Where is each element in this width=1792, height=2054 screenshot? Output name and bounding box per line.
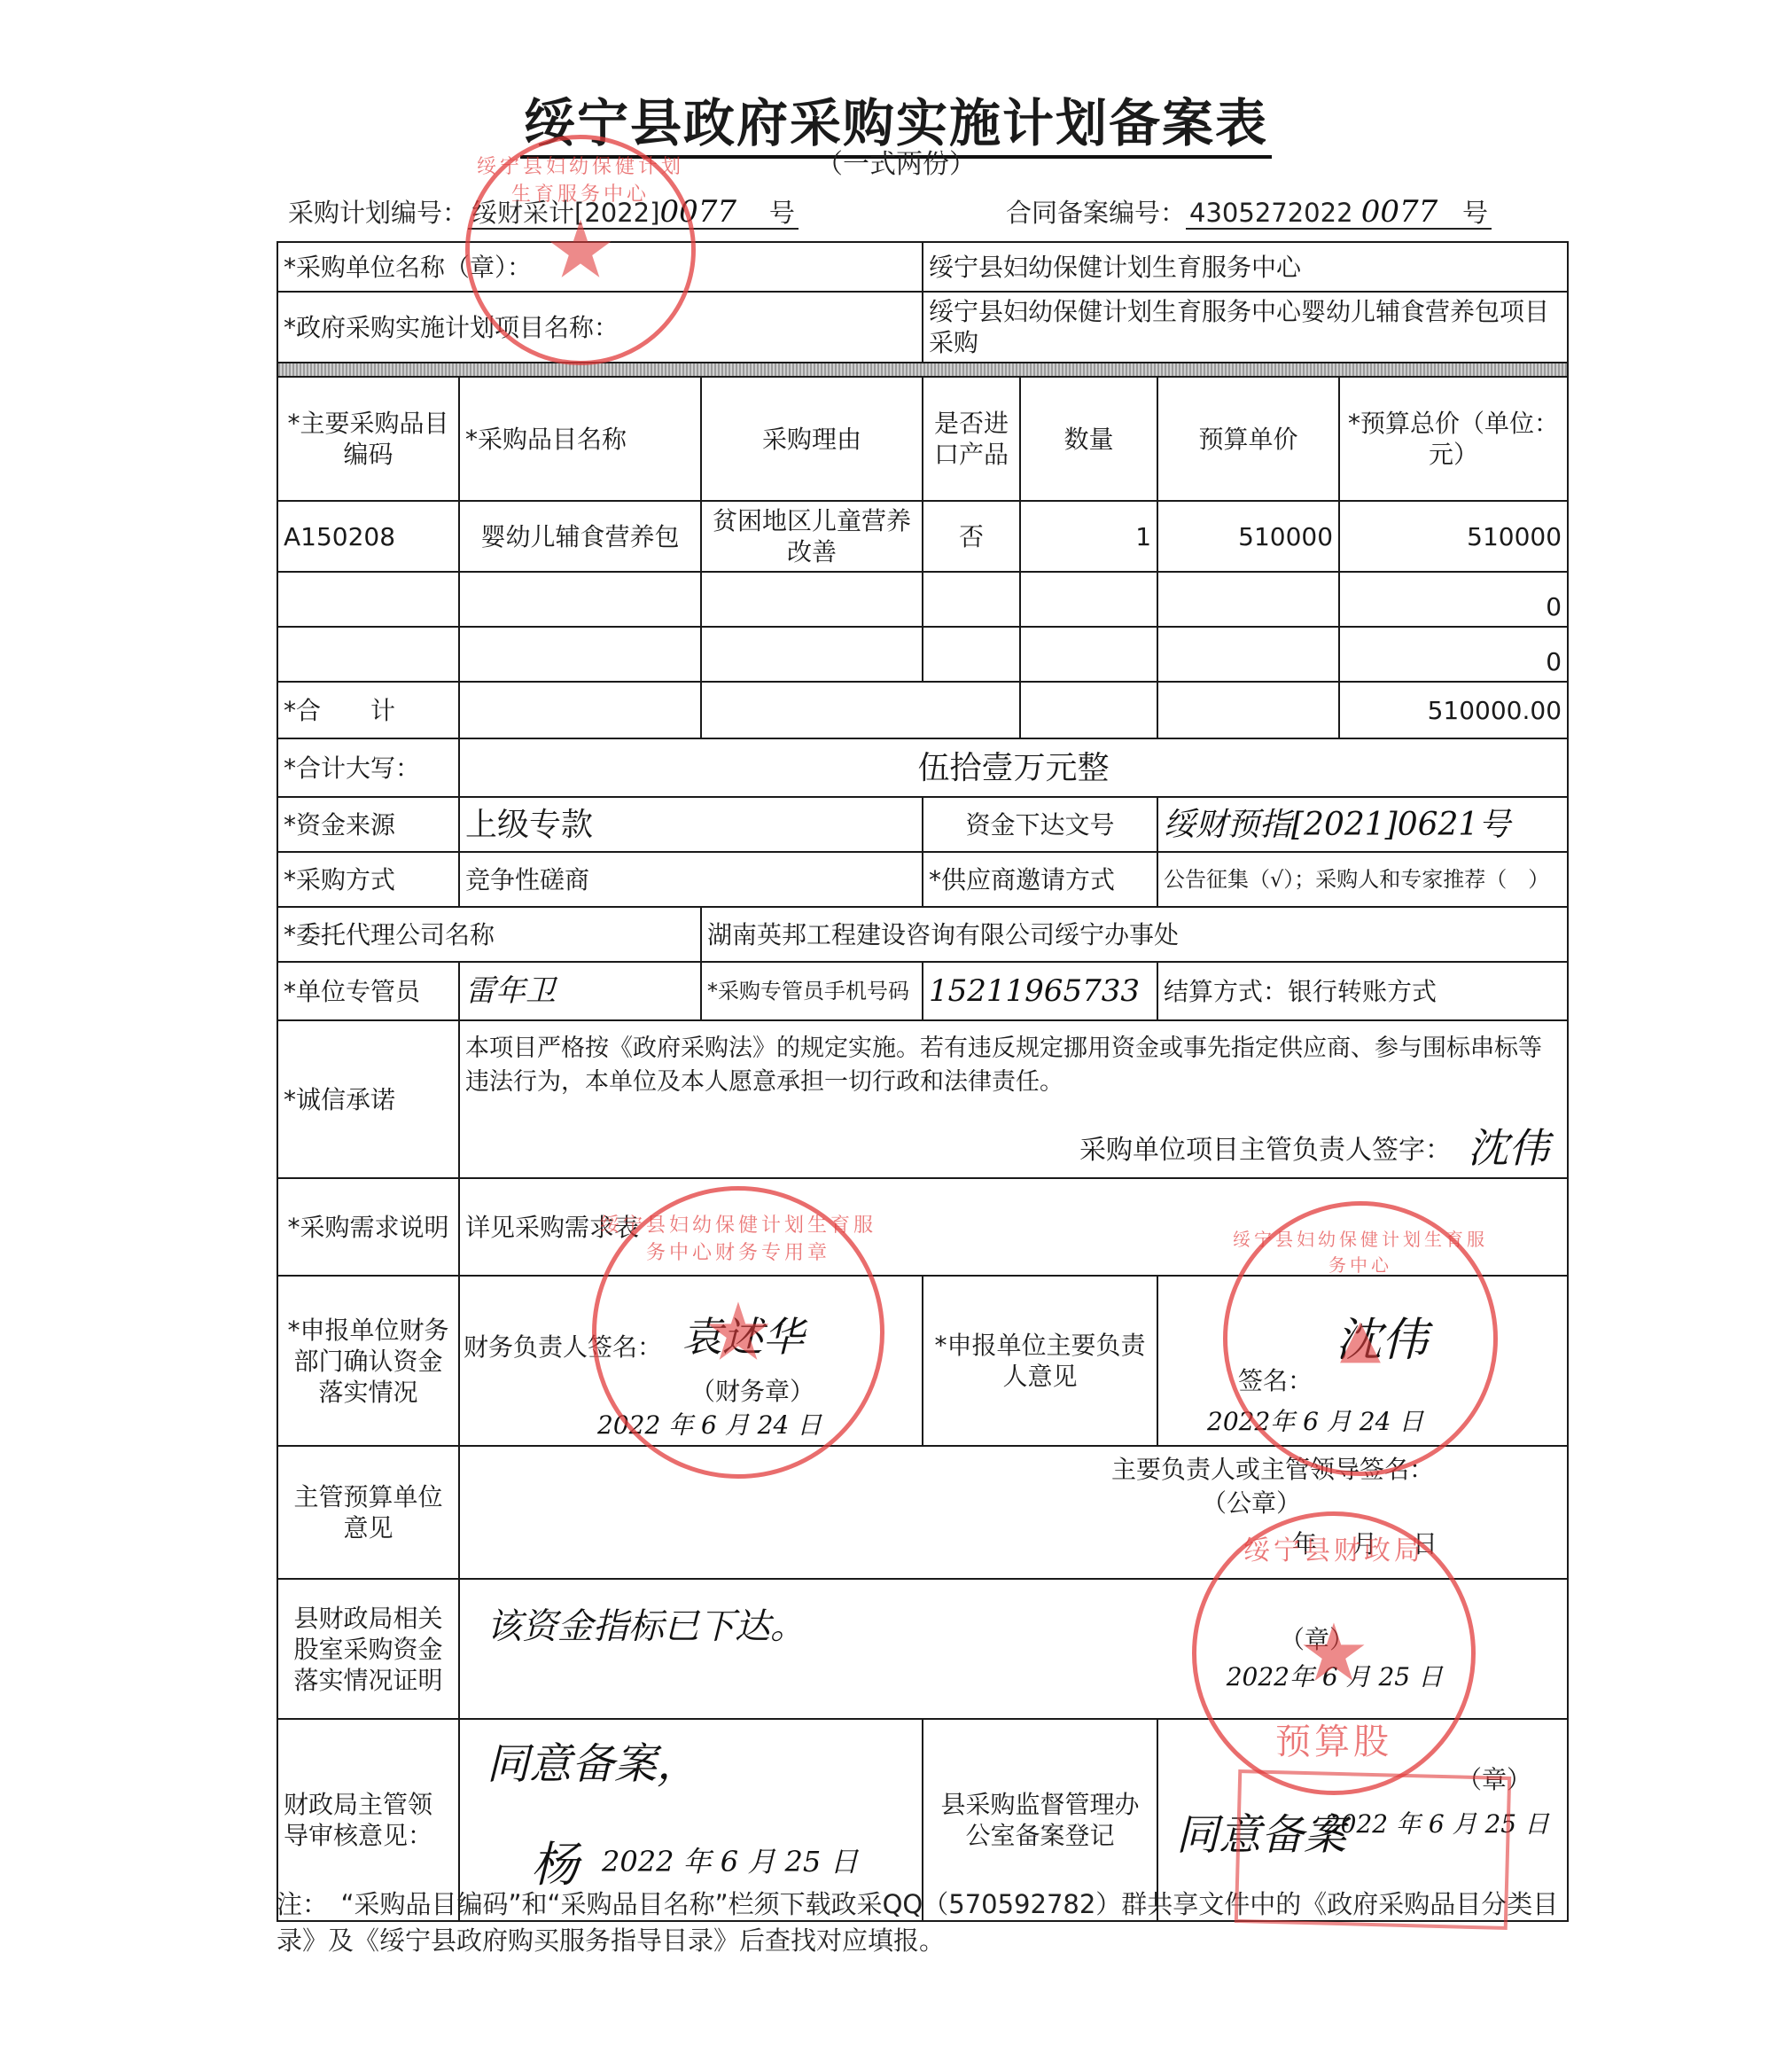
footnote: 注： “采购品目编码”和“采购品目名称”栏须下载政采QQ（570592782）群… xyxy=(277,1886,1579,1959)
total-label: *合 计 xyxy=(277,682,459,738)
total-empty-2 xyxy=(701,682,1020,738)
finance-date: 2022 年 6 月 24 日 xyxy=(597,1410,822,1441)
agency-row: *委托代理公司名称 湖南英邦工程建设咨询有限公司绥宁办事处 xyxy=(277,907,1568,962)
cell-code xyxy=(277,572,459,627)
finance-confirm-label: *申报单位财务部门确认资金落实情况 xyxy=(277,1276,459,1446)
total-value: 510000.00 xyxy=(1339,682,1568,738)
total-empty-4 xyxy=(1157,682,1339,738)
items-header-row: *主要采购品目编码 *采购品目名称 采购理由 是否进口产品 数量 预算单价 *预… xyxy=(277,377,1568,501)
contract-number-suffix: 号 xyxy=(1462,198,1488,228)
officer-signature: 雷年卫 xyxy=(459,962,701,1020)
separator xyxy=(277,363,1568,377)
head-date: 2022年 6 月 24 日 xyxy=(1207,1406,1423,1437)
requirement-label: *采购需求说明 xyxy=(277,1178,459,1276)
table-row: 0 xyxy=(277,627,1568,682)
project-name-label: *政府采购实施计划项目名称： xyxy=(277,292,923,363)
plan-number: 采购计划编号：绥财采计[2022]0077 号 xyxy=(288,193,799,230)
plan-number-value: 绥财采计[2022]0077 号 xyxy=(468,198,799,230)
project-name-value: 绥宁县妇幼保健计划生育服务中心婴幼儿辅食营养包项目采购 xyxy=(923,292,1568,363)
cell-unit-price: 510000 xyxy=(1157,501,1339,572)
requirement-row: *采购需求说明 详见采购需求表 xyxy=(277,1178,1568,1276)
phone-label: *采购专管员手机号码 xyxy=(701,962,923,1020)
commitment-cell: 本项目严格按《政府采购法》的规定实施。若有违反规定挪用资金或事先指定供应商、参与… xyxy=(459,1020,1568,1178)
finance-confirm-cell: 财务负责人签名： 袁述华 （财务章） 2022 年 6 月 24 日 xyxy=(459,1276,923,1446)
header-item-name: *采购品目名称 xyxy=(459,377,701,501)
contract-number: 合同备案编号：4305272022 0077 号 xyxy=(1006,193,1492,230)
finance-sign-label: 财务负责人签名： xyxy=(464,1332,662,1363)
cell-reason xyxy=(701,572,923,627)
cell-code xyxy=(277,627,459,682)
invite-label: *供应商邀请方式 xyxy=(923,852,1157,907)
contract-number-printed: 4305272022 xyxy=(1189,198,1353,228)
cell-reason: 贫困地区儿童营养改善 xyxy=(701,501,923,572)
finance-signature: 袁述华 xyxy=(682,1312,804,1363)
supervisor-date: 年 月 日 xyxy=(1292,1528,1443,1559)
unit-name-label-text: *采购单位名称（章）： xyxy=(284,253,532,282)
commitment-row: *诚信承诺 本项目严格按《政府采购法》的规定实施。若有违反规定挪用资金或事先指定… xyxy=(277,1020,1568,1178)
cell-imported: 否 xyxy=(923,501,1020,572)
cell-total-price: 0 xyxy=(1339,627,1568,682)
table-row: 0 xyxy=(277,572,1568,627)
method-row: *采购方式 竞争性磋商 *供应商邀请方式 公告征集（√）；采购人和专家推荐（ ） xyxy=(277,852,1568,907)
finance-confirm-row: *申报单位财务部门确认资金落实情况 财务负责人签名： 袁述华 （财务章） 202… xyxy=(277,1276,1568,1446)
table-row: A150208 婴幼儿辅食营养包 贫困地区儿童营养改善 否 1 510000 5… xyxy=(277,501,1568,572)
unit-name-value: 绥宁县妇幼保健计划生育服务中心 xyxy=(923,242,1568,292)
header-reason: 采购理由 xyxy=(701,377,923,501)
procurement-office-date: 2022 年 6 月 25 日 xyxy=(1325,1808,1549,1839)
filing-form-table: *采购单位名称（章）： 绥宁县妇幼保健计划生育服务中心 *政府采购实施计划项目名… xyxy=(277,241,1569,1922)
unit-name-label: *采购单位名称（章）： xyxy=(277,242,923,292)
cell-quantity xyxy=(1020,627,1157,682)
unit-name-row: *采购单位名称（章）： 绥宁县妇幼保健计划生育服务中心 xyxy=(277,242,1568,292)
commitment-text: 本项目严格按《政府采购法》的规定实施。若有违反规定挪用资金或事先指定供应商、参与… xyxy=(465,1032,1562,1099)
total-caps-label: *合计大写： xyxy=(277,738,459,797)
plan-number-printed: 绥财采计[2022] xyxy=(471,198,659,228)
header-item-code: *主要采购品目编码 xyxy=(277,377,459,501)
cell-unit-price xyxy=(1157,627,1339,682)
commitment-signature: 沈伟 xyxy=(1468,1123,1549,1175)
contract-number-label: 合同备案编号： xyxy=(1006,198,1186,228)
leader-review-note: 同意备案， xyxy=(487,1738,699,1791)
plan-number-suffix: 号 xyxy=(769,198,795,228)
head-opinion-cell: 签名： 沈伟 2022年 6 月 24 日 xyxy=(1157,1276,1568,1446)
funding-source-row: *资金来源 上级专款 资金下达文号 绥财预指[2021]0621号 xyxy=(277,797,1568,852)
procurement-office-stamp-label: （章） xyxy=(1457,1764,1531,1795)
cell-name: 婴幼儿辅食营养包 xyxy=(459,501,701,572)
officer-row: *单位专管员 雷年卫 *采购专管员手机号码 15211965733 结算方式：银… xyxy=(277,962,1568,1020)
supervisor-row: 主管预算单位意见 主要负责人或主管领导签名： （公章） 年 月 日 xyxy=(277,1446,1568,1579)
header-unit-price: 预算单价 xyxy=(1157,377,1339,501)
supervisor-cell: 主要负责人或主管领导签名： （公章） 年 月 日 xyxy=(459,1446,1568,1579)
finance-bureau-label: 县财政局相关股室采购资金落实情况证明 xyxy=(277,1579,459,1719)
unit-name-value-text: 绥宁县妇幼保健计划生育服务中心 xyxy=(929,253,1301,282)
cell-code: A150208 xyxy=(277,501,459,572)
cell-total-price: 0 xyxy=(1339,572,1568,627)
officer-label: *单位专管员 xyxy=(277,962,459,1020)
contract-number-value: 4305272022 0077 号 xyxy=(1186,198,1492,230)
supervisor-sign-label: 主要负责人或主管领导签名： xyxy=(1111,1454,1434,1485)
header-quantity: 数量 xyxy=(1020,377,1157,501)
method-value: 竞争性磋商 xyxy=(459,852,923,907)
cell-imported xyxy=(923,627,1020,682)
finance-stamp-label: （财务章） xyxy=(690,1376,814,1407)
requirement-value: 详见采购需求表 xyxy=(459,1178,1568,1276)
cell-reason xyxy=(701,627,923,682)
funding-doc-label: 资金下达文号 xyxy=(923,797,1157,852)
finance-bureau-stamp-label: （章） xyxy=(1280,1624,1354,1655)
method-label: *采购方式 xyxy=(277,852,459,907)
total-caps-value: 伍拾壹万元整 xyxy=(459,738,1568,797)
settlement-value: 结算方式：银行转账方式 xyxy=(1157,962,1568,1020)
finance-bureau-cell: 该资金指标已下达。 （章） 2022年 6 月 25 日 xyxy=(459,1579,1568,1719)
plan-number-label: 采购计划编号： xyxy=(288,198,468,228)
head-opinion-label: *申报单位主要负责人意见 xyxy=(923,1276,1157,1446)
cell-name xyxy=(459,627,701,682)
total-row: *合 计 510000.00 xyxy=(277,682,1568,738)
cell-unit-price xyxy=(1157,572,1339,627)
invite-value: 公告征集（√）；采购人和专家推荐（ ） xyxy=(1157,852,1568,907)
header-imported: 是否进口产品 xyxy=(923,377,1020,501)
cell-quantity: 1 xyxy=(1020,501,1157,572)
project-name-row: *政府采购实施计划项目名称： 绥宁县妇幼保健计划生育服务中心婴幼儿辅食营养包项目… xyxy=(277,292,1568,363)
commitment-label: *诚信承诺 xyxy=(277,1020,459,1178)
cell-name xyxy=(459,572,701,627)
head-sign-label: 签名： xyxy=(1238,1365,1313,1396)
plan-number-handwritten: 0077 xyxy=(659,194,736,230)
supervisor-label: 主管预算单位意见 xyxy=(277,1446,459,1579)
cell-total-price: 510000 xyxy=(1339,501,1568,572)
supervisor-stamp-label: （公章） xyxy=(1202,1488,1301,1519)
agency-label: *委托代理公司名称 xyxy=(277,907,701,962)
agency-value: 湖南英邦工程建设咨询有限公司绥宁办事处 xyxy=(701,907,1568,962)
leader-review-date: 2022 年 6 月 25 日 xyxy=(602,1844,858,1879)
separator-bar xyxy=(277,363,1568,377)
commitment-sign-label: 采购单位项目主管负责人签字： xyxy=(1079,1134,1452,1168)
cell-imported xyxy=(923,572,1020,627)
contract-number-handwritten: 0077 xyxy=(1361,194,1438,230)
total-empty-1 xyxy=(459,682,701,738)
head-signature: 沈伟 xyxy=(1336,1312,1428,1370)
funding-source-label: *资金来源 xyxy=(277,797,459,852)
funding-doc-value: 绥财预指[2021]0621号 xyxy=(1157,797,1568,852)
finance-bureau-date: 2022年 6 月 25 日 xyxy=(1227,1661,1443,1692)
cell-quantity xyxy=(1020,572,1157,627)
total-empty-3 xyxy=(1020,682,1157,738)
procurement-office-note: 同意备案 xyxy=(1176,1808,1346,1862)
total-caps-row: *合计大写： 伍拾壹万元整 xyxy=(277,738,1568,797)
header-total-price: *预算总价（单位：元） xyxy=(1339,377,1568,501)
finance-bureau-row: 县财政局相关股室采购资金落实情况证明 该资金指标已下达。 （章） 2022年 6… xyxy=(277,1579,1568,1719)
document-subtitle: （一式两份） xyxy=(0,142,1792,181)
funding-source-value: 上级专款 xyxy=(459,797,923,852)
phone-value: 15211965733 xyxy=(923,962,1157,1020)
finance-bureau-note: 该资金指标已下达。 xyxy=(487,1605,806,1649)
